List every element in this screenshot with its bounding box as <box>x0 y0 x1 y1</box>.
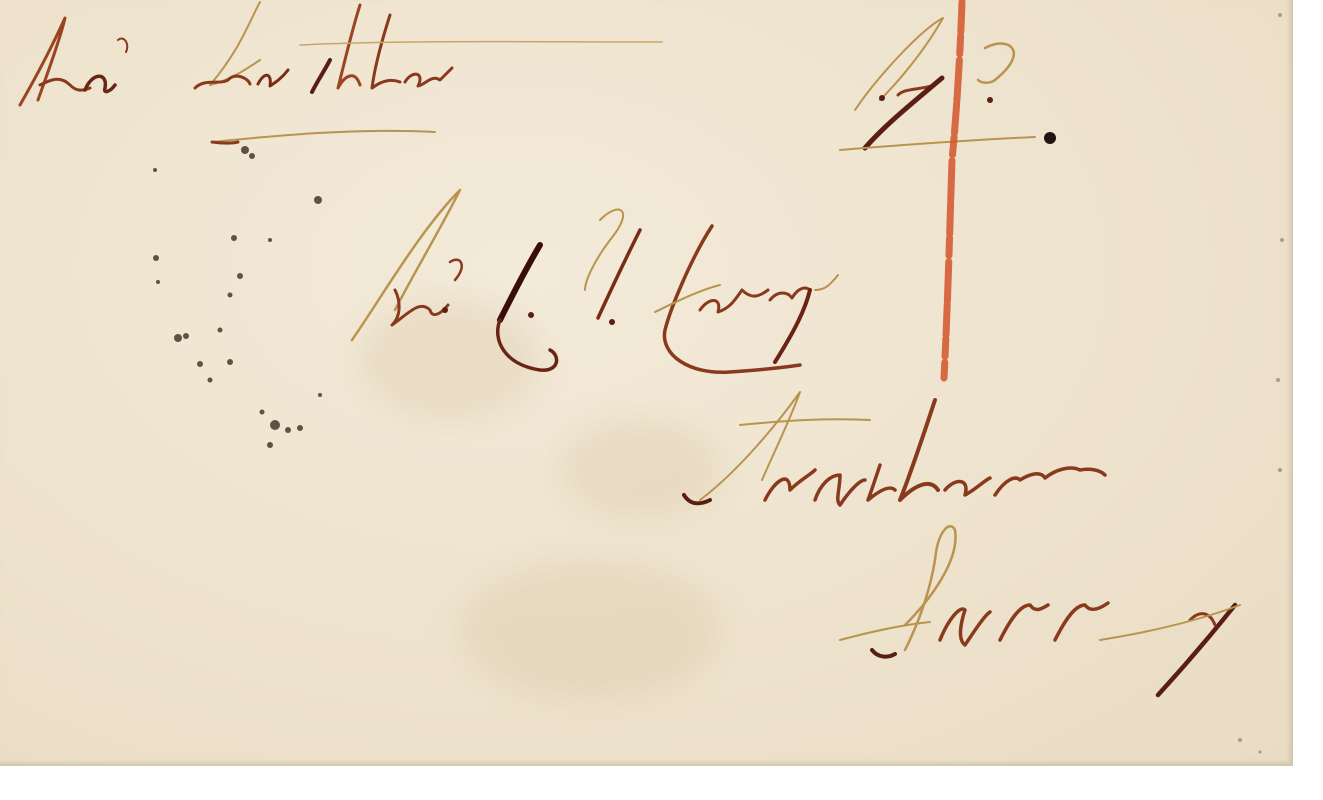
rate-marking-handwriting <box>840 18 1056 150</box>
edge-wear <box>1238 13 1284 754</box>
red-crayon-line <box>944 2 962 378</box>
envelope: via Southton 1 pd. Rev. C. P. Carey Farn… <box>0 0 1293 766</box>
addressee-handwriting <box>352 190 838 372</box>
postmark-smudge <box>153 146 322 448</box>
ink-dot <box>1044 132 1056 144</box>
handwriting-art <box>0 0 1293 766</box>
county-handwriting <box>840 526 1240 695</box>
routing-note-handwriting <box>20 2 662 143</box>
town-handwriting <box>684 392 1105 505</box>
